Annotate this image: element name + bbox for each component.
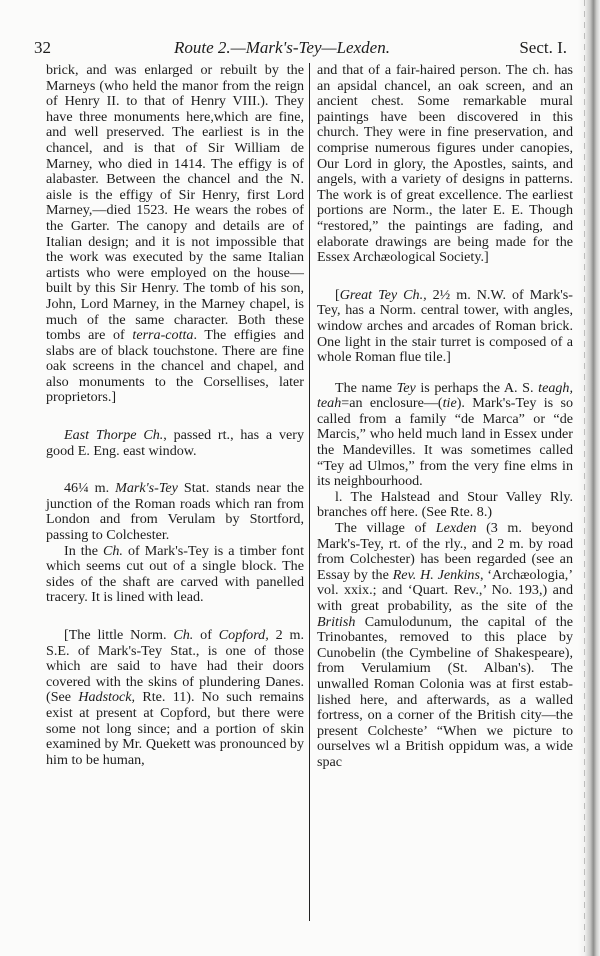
paragraph-east-thorpe: East Thorpe Ch., passed rt., has a very … xyxy=(46,428,304,459)
italic-text: Tey xyxy=(397,380,416,396)
page-number: 32 xyxy=(34,38,51,58)
text: Camulodunum, the capital of the Trinoban… xyxy=(317,614,573,770)
italic-text: Copford, xyxy=(219,627,269,643)
italic-text: Mark's-Tey xyxy=(115,480,178,496)
italic-text: Ch. xyxy=(103,543,123,559)
text: =an enclosure—( xyxy=(341,395,442,411)
paragraph-lexden: The village of Lexden (3 m. be­yond Mark… xyxy=(317,521,573,771)
text: l. The Halstead and Stour Valley Rly. br… xyxy=(317,489,573,521)
text: The village of xyxy=(335,520,436,536)
text: brick, and was enlarged or rebuilt by th… xyxy=(46,62,304,343)
text: In the xyxy=(64,543,103,559)
paragraph-marks-tey-station: 46¼ m. Mark's-Tey Stat. stands near the … xyxy=(46,481,304,543)
paragraph-copford: [The little Norm. Ch. of Copford, 2 m. S… xyxy=(46,628,304,768)
left-column: brick, and was enlarged or rebuilt by th… xyxy=(46,63,304,768)
italic-text: Hadstock, xyxy=(78,689,135,705)
text: 46¼ m. xyxy=(64,480,115,496)
page-edge-shadow xyxy=(578,0,600,956)
italic-text: tie xyxy=(443,395,457,411)
text: [The little Norm. xyxy=(64,627,173,643)
page-header: 32 Route 2.—Mark's-Tey—Lexden. Sect. I. xyxy=(34,38,567,60)
text: and that of a fair-haired person. The ch… xyxy=(317,62,573,265)
paragraph-halstead-railway: l. The Halstead and Stour Valley Rly. br… xyxy=(317,490,573,521)
italic-text: Ch. xyxy=(173,627,193,643)
text: is perhaps the A. S. xyxy=(416,380,538,396)
italic-text: terra-cotta xyxy=(132,327,193,343)
paragraph-timber-font: In the Ch. of Mark's-Tey is a timber fon… xyxy=(46,544,304,606)
italic-text: British xyxy=(317,614,355,630)
italic-text: East Thorpe Ch. xyxy=(64,427,163,443)
section-label: Sect. I. xyxy=(519,38,567,58)
paragraph-great-tey: [Great Tey Ch., 2½ m. N.W. of Mark's-Tey… xyxy=(317,288,573,366)
italic-text: Lexden xyxy=(436,520,477,536)
italic-text: Great Tey Ch., xyxy=(340,287,427,303)
right-column: and that of a fair-haired person. The ch… xyxy=(317,63,573,771)
running-title: Route 2.—Mark's-Tey—Lexden. xyxy=(174,38,390,58)
paragraph-copford-paintings: and that of a fair-haired person. The ch… xyxy=(317,63,573,266)
text: The name xyxy=(335,380,397,396)
paragraph-marney-monuments: brick, and was enlarged or rebuilt by th… xyxy=(46,63,304,406)
page-edge-line xyxy=(584,0,585,956)
column-divider xyxy=(309,63,310,921)
text: of xyxy=(193,627,218,643)
paragraph-name-tey: The name Tey is perhaps the A. S. teagh,… xyxy=(317,381,573,490)
italic-text: Rev. H. Jenkins xyxy=(393,567,480,583)
